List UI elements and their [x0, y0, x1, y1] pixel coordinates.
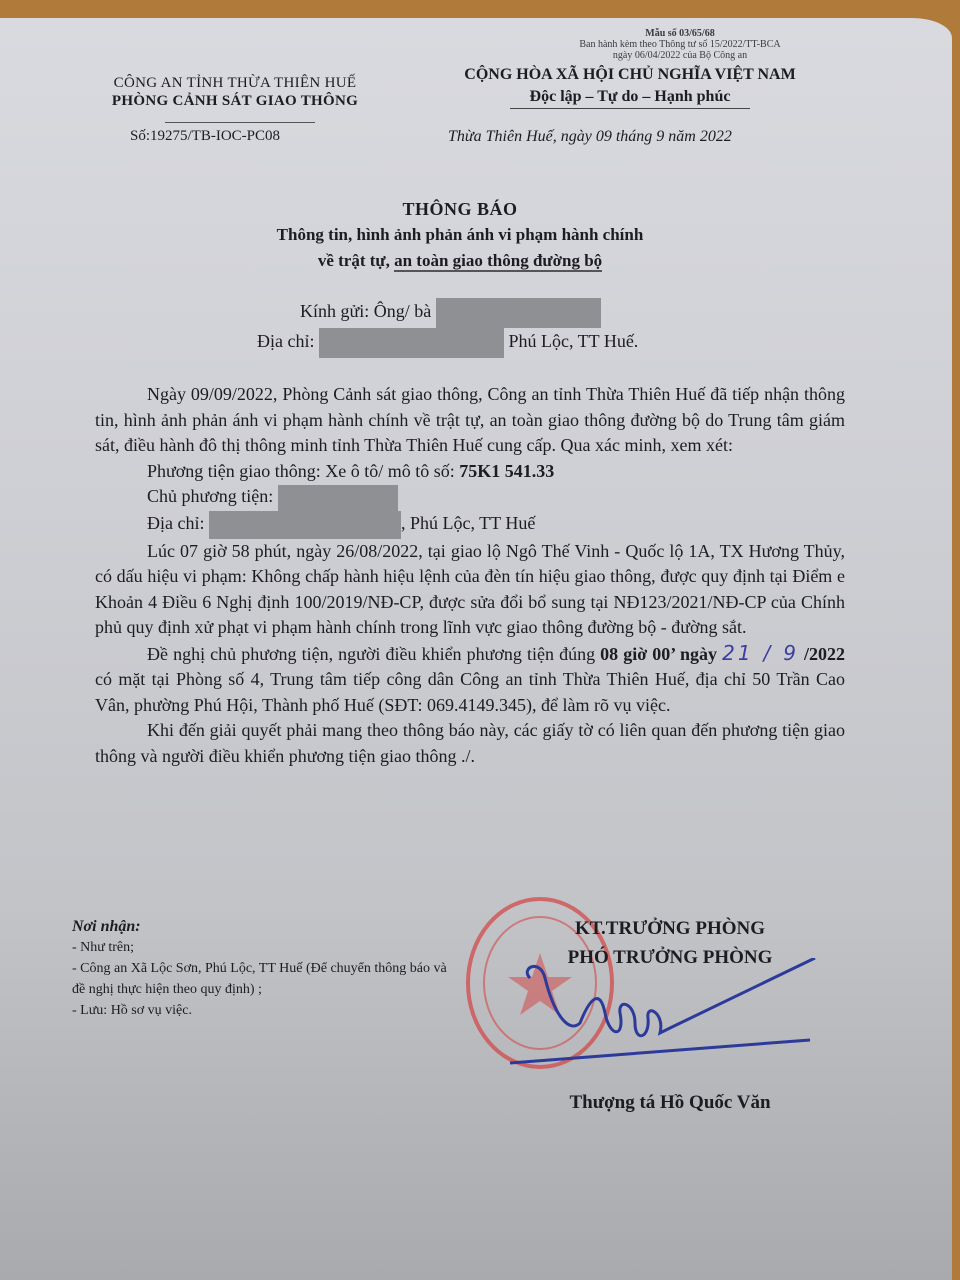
vehicle-plate: 75K1 541.33	[459, 461, 554, 481]
request-prefix: Đề nghị chủ phương tiện, người điều khiể…	[147, 644, 600, 664]
address-suffix: Phú Lộc, TT Huế.	[508, 331, 638, 351]
document-number: Số:19275/TB-IOC-PC08	[130, 128, 280, 145]
request-rest: có mặt tại Phòng số 4, Trung tâm tiếp cô…	[95, 669, 845, 715]
place-date: Thừa Thiên Huế, ngày 09 tháng 9 năm 2022	[448, 128, 732, 146]
agency-parent: CÔNG AN TỈNH THỪA THIÊN HUẾ	[60, 74, 410, 92]
vehicle-line: Phương tiện giao thông: Xe ô tô/ mô tô s…	[95, 459, 845, 485]
vehicle-label: Phương tiện giao thông: Xe ô tô/ mô tô s…	[147, 461, 459, 481]
recipients-heading: Nơi nhận:	[72, 916, 452, 937]
issuing-agency: CÔNG AN TỈNH THỪA THIÊN HUẾ PHÒNG CẢNH S…	[60, 74, 410, 128]
title-line1: Thông tin, hình ảnh phản ánh vi phạm hàn…	[200, 222, 720, 248]
recipients-list: Nơi nhận: - Như trên; - Công an Xã Lộc S…	[72, 916, 452, 1021]
request-paragraph: Đề nghị chủ phương tiện, người điều khiể…	[95, 641, 845, 719]
redacted-owner	[278, 485, 398, 511]
document-title: THÔNG BÁO Thông tin, hình ảnh phản ánh v…	[200, 196, 720, 274]
title-line2-prefix: về trật tự,	[318, 251, 394, 270]
agency-underline	[165, 122, 315, 123]
form-number: Mẫu số 03/65/68	[520, 28, 840, 39]
redacted-name	[436, 298, 601, 328]
recipient-item: - Như trên;	[72, 937, 452, 958]
address-label: Địa chỉ:	[257, 331, 319, 351]
owner-label: Chủ phương tiện:	[147, 486, 273, 506]
redacted-address	[319, 328, 504, 358]
signer-name: Thượng tá Hồ Quốc Văn	[520, 1092, 820, 1114]
request-time: 08 giờ 00’ ngày	[600, 644, 717, 664]
handwritten-date: 21 / 9	[722, 641, 799, 665]
salutation-label: Kính gửi: Ông/ bà	[300, 301, 431, 321]
closing-paragraph: Khi đến giải quyết phải mang theo thông …	[95, 718, 845, 769]
motto-underline	[510, 108, 750, 109]
document-page: Mẫu số 03/65/68 Ban hành kèm theo Thông …	[0, 18, 952, 1280]
owner-address-line: Địa chỉ: , Phú Lộc, TT Huế	[95, 511, 845, 539]
document-body: Ngày 09/09/2022, Phòng Cảnh sát giao thô…	[95, 382, 845, 769]
recipient-block: Kính gửi: Ông/ bà Địa chỉ: Phú Lộc, TT H…	[300, 298, 638, 358]
form-issued-with: Ban hành kèm theo Thông tư số 15/2022/TT…	[520, 39, 840, 50]
intro-paragraph: Ngày 09/09/2022, Phòng Cảnh sát giao thô…	[95, 382, 845, 459]
request-year: /2022	[804, 644, 845, 664]
recipient-item: - Công an Xã Lộc Sơn, Phú Lộc, TT Huế (Đ…	[72, 958, 452, 1000]
owner-line: Chủ phương tiện:	[95, 484, 845, 511]
title-line2-underlined: an toàn giao thông đường bộ	[394, 251, 602, 272]
signature-line1: KT.TRƯỞNG PHÒNG	[520, 914, 820, 943]
owner-address-label: Địa chỉ:	[147, 513, 204, 533]
form-issued-date: ngày 06/04/2022 của Bộ Công an	[520, 50, 840, 61]
handwritten-signature-icon	[500, 958, 820, 1068]
agency-department: PHÒNG CẢNH SÁT GIAO THÔNG	[60, 92, 410, 110]
recipient-item: - Lưu: Hồ sơ vụ việc.	[72, 1000, 452, 1021]
title-line2: về trật tự, an toàn giao thông đường bộ	[200, 248, 720, 274]
violation-paragraph: Lúc 07 giờ 58 phút, ngày 26/08/2022, tại…	[95, 539, 845, 641]
title-main: THÔNG BÁO	[200, 196, 720, 222]
owner-address-suffix: , Phú Lộc, TT Huế	[401, 513, 535, 533]
national-motto: Độc lập – Tự do – Hạnh phúc	[410, 86, 850, 108]
form-reference: Mẫu số 03/65/68 Ban hành kèm theo Thông …	[520, 28, 840, 61]
redacted-owner-address	[209, 511, 401, 539]
national-header: CỘNG HÒA XÃ HỘI CHỦ NGHĨA VIỆT NAM Độc l…	[410, 64, 850, 109]
country-name: CỘNG HÒA XÃ HỘI CHỦ NGHĨA VIỆT NAM	[410, 64, 850, 86]
